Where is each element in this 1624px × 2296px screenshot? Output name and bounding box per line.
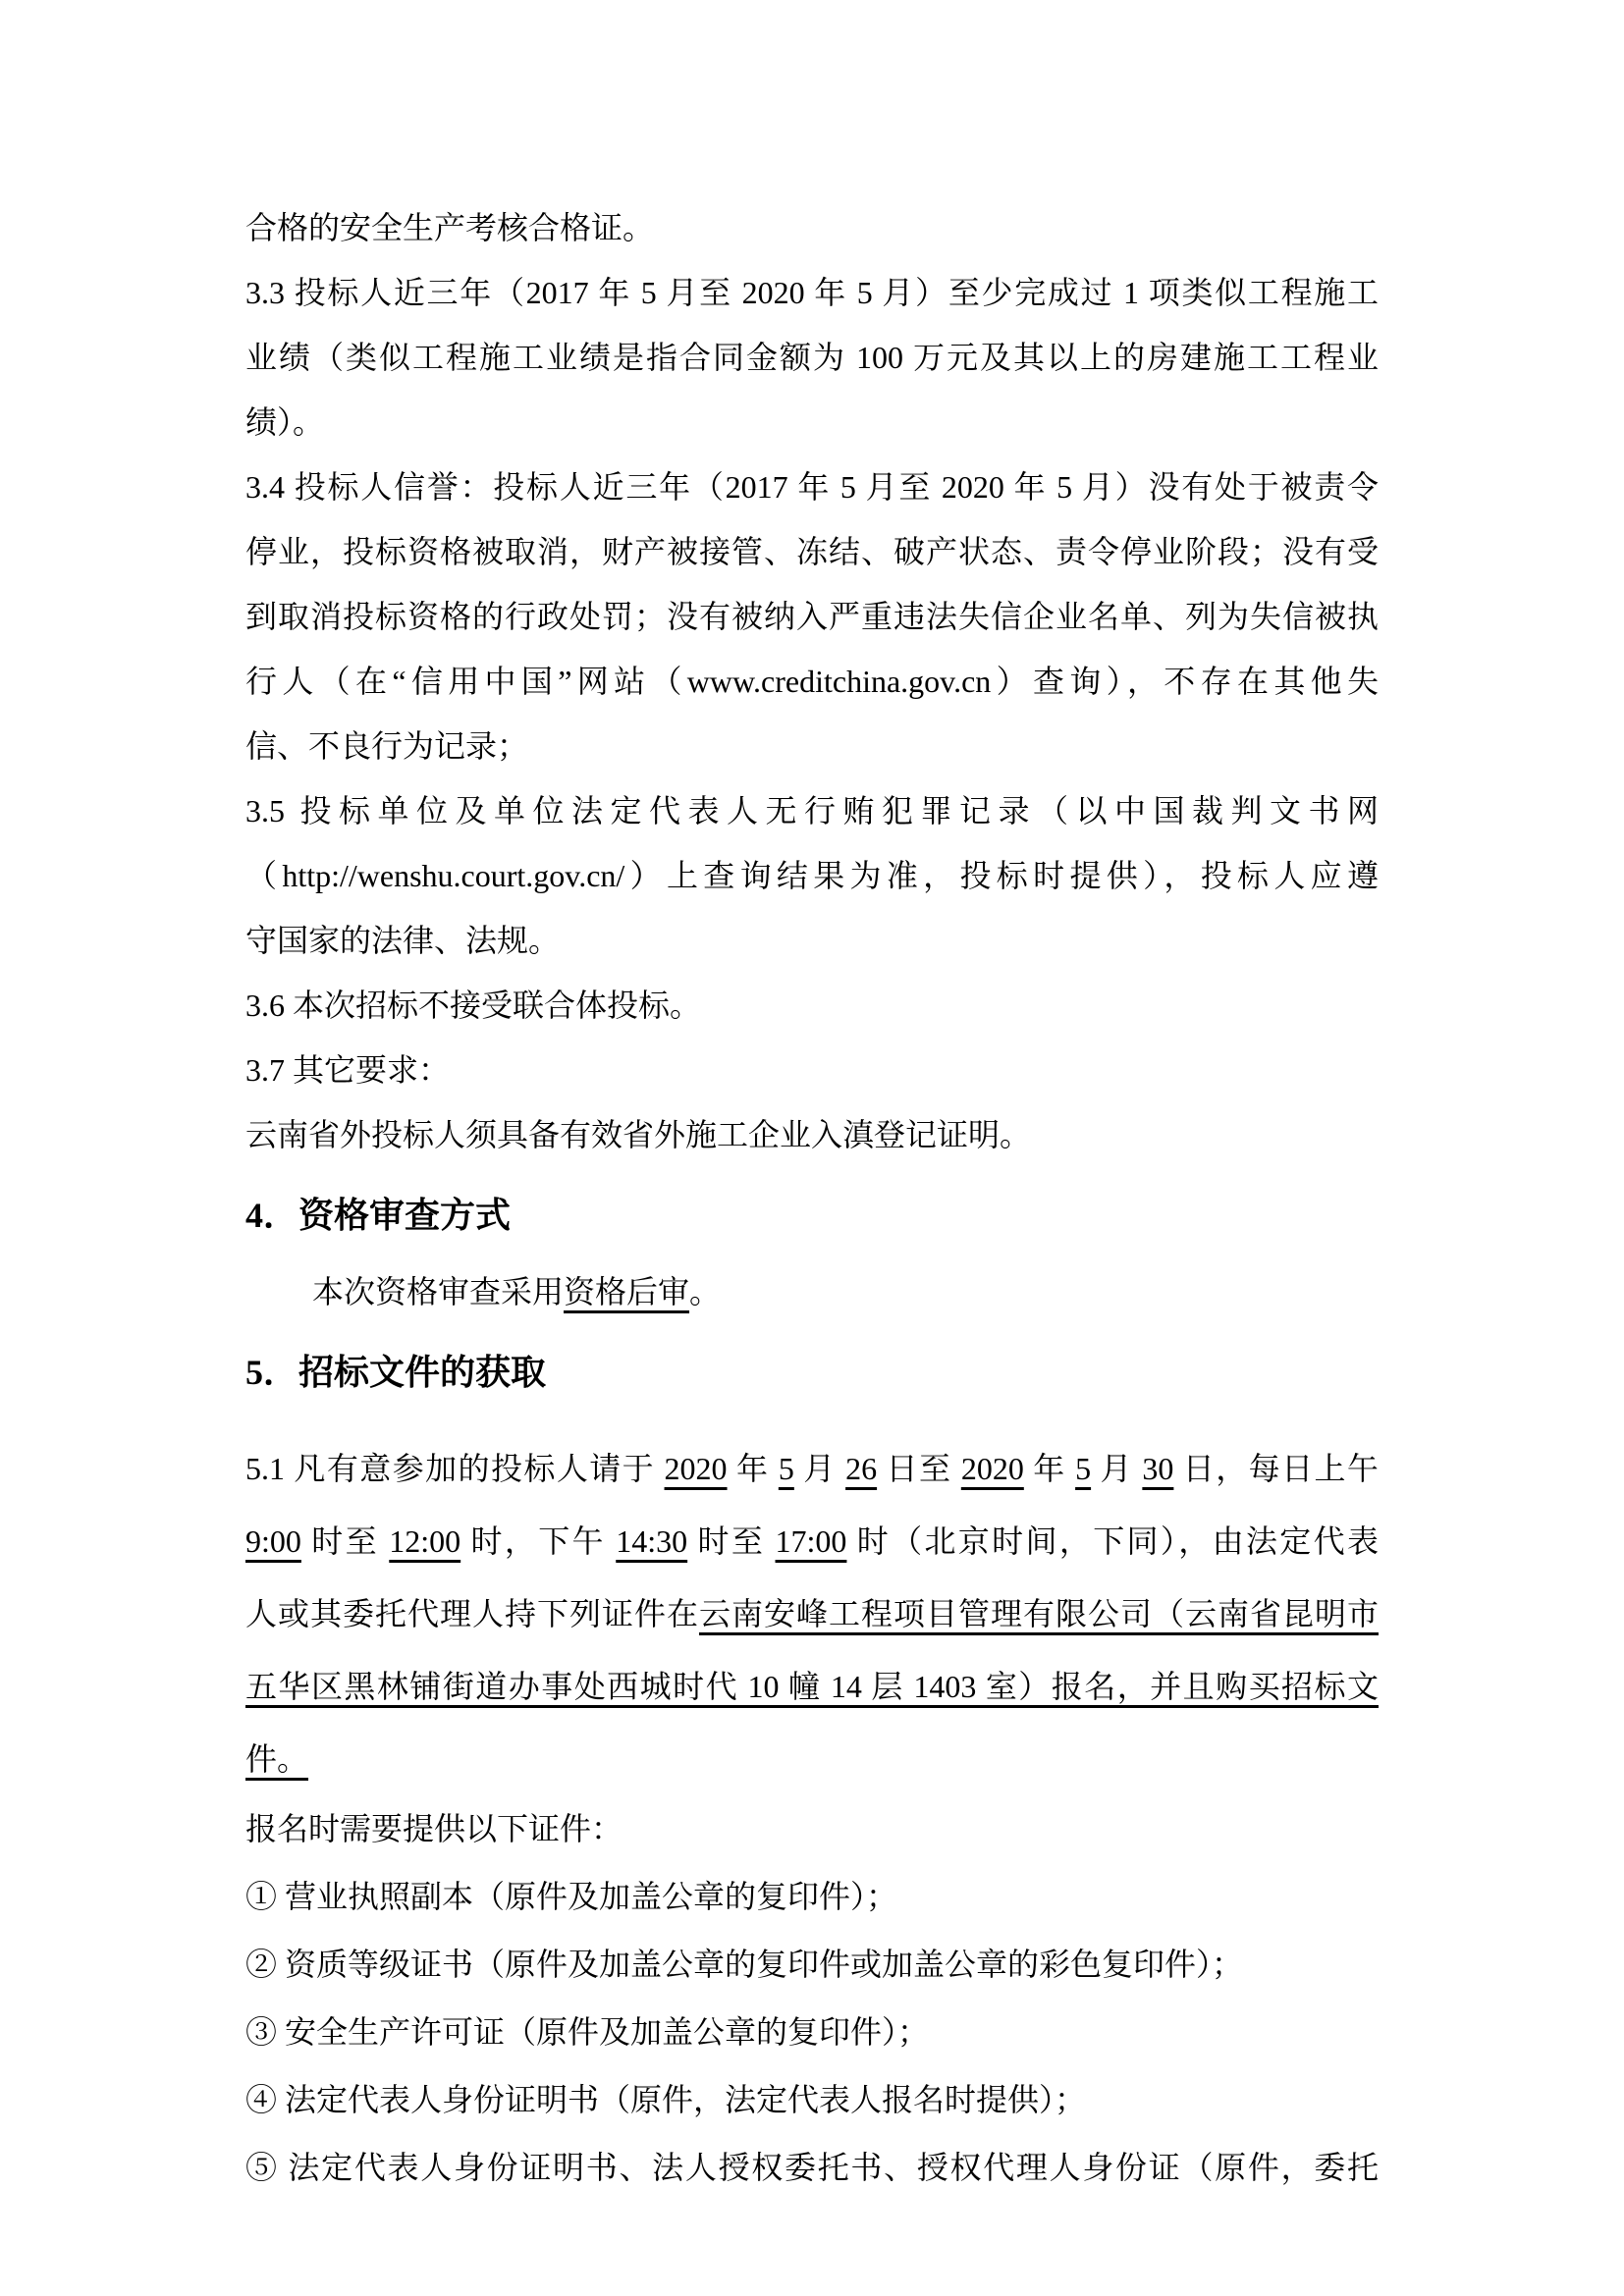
text-line: 3.5 投标单位及单位法定代表人无行贿犯罪记录（以中国裁判文书网 xyxy=(245,778,1379,843)
text-segment: 时至 xyxy=(687,1523,775,1559)
text-line: 9:00 时至 12:00 时，下午 14:30 时至 17:00 时（北京时间… xyxy=(245,1505,1379,1577)
text-line: 本次资格审查采用资格后审。 xyxy=(245,1259,1379,1324)
underlined-text: 2020 xyxy=(665,1451,728,1486)
text-line: 到取消投标资格的行政处罚；没有被纳入严重违法失信企业名单、列为失信被执 xyxy=(245,584,1379,649)
document-page: 合格的安全生产考核合格证。3.3 投标人近三年（2017 年 5 月至 2020… xyxy=(0,0,1624,2296)
underlined-text: 9:00 xyxy=(245,1523,301,1559)
underlined-text: 26 xyxy=(845,1451,877,1486)
text-segment: ⑤ 法定代表人身份证明书、法人授权委托书、授权代理人身份证（原件，委托 xyxy=(245,2150,1379,2185)
text-segment: 。 xyxy=(689,1274,721,1309)
text-segment: 业绩（类似工程施工业绩是指合同金额为 100 万元及其以上的房建施工工程业 xyxy=(245,340,1379,375)
underlined-text: 5 xyxy=(779,1451,794,1486)
text-segment: 守国家的法律、法规。 xyxy=(245,923,560,958)
text-line: 人或其委托代理人持下列证件在云南安峰工程项目管理有限公司（云南省昆明市 xyxy=(245,1577,1379,1650)
text-segment: ④ 法定代表人身份证明书（原件，法定代表人报名时提供）； xyxy=(245,2082,1086,2117)
underlined-text: 五华区黑林铺街道办事处西城时代 10 幢 14 层 1403 室）报名，并且购买… xyxy=(245,1669,1379,1704)
underlined-text: 12:00 xyxy=(389,1523,460,1559)
text-line: 停业，投标资格被取消，财产被接管、冻结、破产状态、责令停业阶段；没有受 xyxy=(245,519,1379,584)
text-segment: 合格的安全生产考核合格证。 xyxy=(245,210,654,245)
text-segment: 云南省外投标人须具备有效省外施工企业入滇登记证明。 xyxy=(245,1117,1031,1152)
text-segment: 5．招标文件的获取 xyxy=(245,1353,546,1392)
text-line: ⑤ 法定代表人身份证明书、法人授权委托书、授权代理人身份证（原件，委托 xyxy=(245,2134,1379,2202)
text-segment: 3.6 本次招标不接受联合体投标。 xyxy=(245,988,701,1023)
underlined-text: 云南安峰工程项目管理有限公司（云南省昆明市 xyxy=(699,1596,1379,1631)
text-line: 5.1 凡有意参加的投标人请于 2020 年 5 月 26 日至 2020 年 … xyxy=(245,1432,1379,1505)
text-segment: （http://wenshu.court.gov.cn/）上查询结果为准，投标时… xyxy=(245,858,1379,893)
section-heading: 4．资格审查方式 xyxy=(245,1193,1379,1238)
text-segment: 5.1 凡有意参加的投标人请于 xyxy=(245,1451,665,1486)
text-line: 五华区黑林铺街道办事处西城时代 10 幢 14 层 1403 室）报名，并且购买… xyxy=(245,1650,1379,1723)
underlined-text: 17:00 xyxy=(776,1523,847,1559)
text-segment: 停业，投标资格被取消，财产被接管、冻结、破产状态、责令停业阶段；没有受 xyxy=(245,534,1379,569)
text-segment: 日，每日上午 xyxy=(1173,1451,1379,1486)
document-content: 合格的安全生产考核合格证。3.3 投标人近三年（2017 年 5 月至 2020… xyxy=(245,0,1379,2202)
text-line: 3.7 其它要求： xyxy=(245,1038,1379,1102)
text-line: 报名时需要提供以下证件： xyxy=(245,1795,1379,1863)
text-line: 3.3 投标人近三年（2017 年 5 月至 2020 年 5 月）至少完成过 … xyxy=(245,260,1379,325)
underlined-text: 14:30 xyxy=(616,1523,687,1559)
text-line: 云南省外投标人须具备有效省外施工企业入滇登记证明。 xyxy=(245,1102,1379,1167)
text-segment: 年 xyxy=(1024,1451,1075,1486)
section-heading: 5．招标文件的获取 xyxy=(245,1350,1379,1395)
text-segment: 3.3 投标人近三年（2017 年 5 月至 2020 年 5 月）至少完成过 … xyxy=(245,275,1379,310)
text-segment: 月 xyxy=(794,1451,845,1486)
text-line: 3.4 投标人信誉：投标人近三年（2017 年 5 月至 2020 年 5 月）… xyxy=(245,454,1379,519)
text-segment: 时，下午 xyxy=(460,1523,616,1559)
text-segment: 月 xyxy=(1091,1451,1142,1486)
text-segment: ② 资质等级证书（原件及加盖公章的复印件或加盖公章的彩色复印件）； xyxy=(245,1947,1243,1982)
text-segment: 3.7 其它要求： xyxy=(245,1052,450,1088)
text-segment: 人或其委托代理人持下列证件在 xyxy=(245,1596,699,1631)
underlined-text: 件。 xyxy=(245,1741,308,1777)
underlined-text: 5 xyxy=(1075,1451,1091,1486)
text-line: 信、不良行为记录； xyxy=(245,714,1379,778)
underlined-text: 资格后审 xyxy=(564,1274,689,1309)
text-line: 行人（在“信用中国”网站（www.creditchina.gov.cn）查询），… xyxy=(245,649,1379,714)
text-segment: 报名时需要提供以下证件： xyxy=(245,1811,623,1846)
text-segment: 年 xyxy=(728,1451,779,1486)
text-line: 守国家的法律、法规。 xyxy=(245,908,1379,973)
text-line: ① 营业执照副本（原件及加盖公章的复印件）； xyxy=(245,1863,1379,1931)
underlined-text: 30 xyxy=(1142,1451,1173,1486)
text-segment: 日至 xyxy=(877,1451,961,1486)
text-line: ② 资质等级证书（原件及加盖公章的复印件或加盖公章的彩色复印件）； xyxy=(245,1931,1379,1999)
text-segment: 3.5 投标单位及单位法定代表人无行贿犯罪记录（以中国裁判文书网 xyxy=(245,793,1379,828)
text-segment: 绩）。 xyxy=(245,404,324,440)
text-line: 3.6 本次招标不接受联合体投标。 xyxy=(245,973,1379,1038)
text-segment: 本次资格审查采用 xyxy=(312,1274,564,1309)
text-line: 合格的安全生产考核合格证。 xyxy=(245,195,1379,260)
text-line: 绩）。 xyxy=(245,390,1379,454)
text-line: 件。 xyxy=(245,1723,1379,1795)
text-segment: 4．资格审查方式 xyxy=(245,1196,511,1235)
text-segment: ① 营业执照副本（原件及加盖公章的复印件）； xyxy=(245,1879,897,1914)
text-segment: ③ 安全生产许可证（原件及加盖公章的复印件）； xyxy=(245,2014,929,2050)
text-line: ③ 安全生产许可证（原件及加盖公章的复印件）； xyxy=(245,1999,1379,2066)
text-segment: 时（北京时间，下同），由法定代表 xyxy=(846,1523,1379,1559)
text-segment: 信、不良行为记录； xyxy=(245,728,528,764)
text-segment: 到取消投标资格的行政处罚；没有被纳入严重违法失信企业名单、列为失信被执 xyxy=(245,599,1379,634)
text-segment: 行人（在“信用中国”网站（www.creditchina.gov.cn）查询），… xyxy=(245,664,1379,699)
text-line: 业绩（类似工程施工业绩是指合同金额为 100 万元及其以上的房建施工工程业 xyxy=(245,325,1379,390)
text-segment: 3.4 投标人信誉：投标人近三年（2017 年 5 月至 2020 年 5 月）… xyxy=(245,469,1379,505)
text-line: （http://wenshu.court.gov.cn/）上查询结果为准，投标时… xyxy=(245,843,1379,908)
underlined-text: 2020 xyxy=(961,1451,1024,1486)
text-line: ④ 法定代表人身份证明书（原件，法定代表人报名时提供）； xyxy=(245,2066,1379,2134)
text-segment: 时至 xyxy=(301,1523,389,1559)
